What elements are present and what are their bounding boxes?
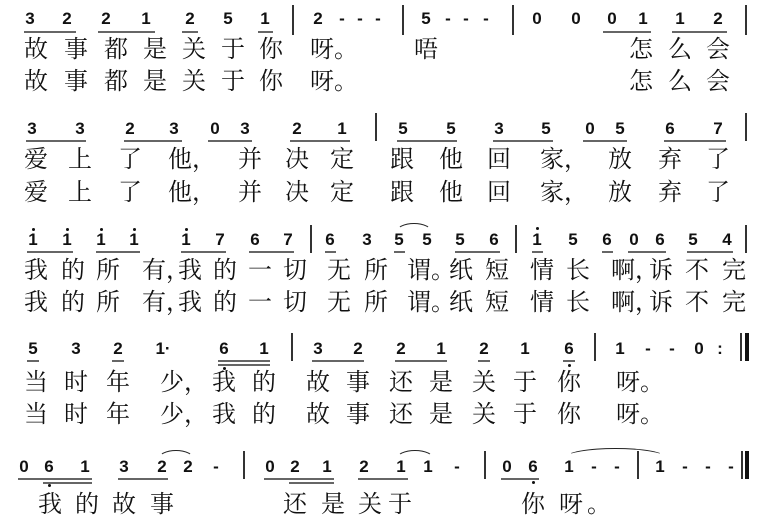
- underline: [395, 360, 447, 362]
- underline: [249, 251, 294, 253]
- lyric: 所: [364, 256, 388, 284]
- lyric: 家，: [540, 145, 588, 173]
- dash: -: [476, 9, 496, 29]
- underline: [181, 251, 226, 253]
- note: 1: [670, 9, 690, 29]
- lyric: 完: [722, 288, 746, 316]
- lyric: 故: [24, 35, 48, 63]
- note: 0: [624, 230, 644, 250]
- note: 3: [489, 119, 509, 139]
- lyric: 短: [485, 288, 509, 316]
- lyric: 的: [61, 256, 85, 284]
- lyric: 当: [24, 368, 48, 396]
- note: 1: [23, 230, 43, 250]
- lyric: 会: [706, 67, 730, 95]
- lyric: 当: [24, 400, 48, 428]
- dash: -: [350, 9, 370, 29]
- lyric: 关: [472, 400, 496, 428]
- underline: [26, 140, 86, 142]
- underline: [208, 140, 252, 142]
- underline: [27, 251, 73, 253]
- bar-line: [243, 451, 245, 479]
- note: 6: [214, 339, 234, 359]
- note: 1: [515, 339, 535, 359]
- dash: -: [368, 9, 388, 29]
- tie-slur: [566, 448, 665, 457]
- note: 5: [416, 9, 436, 29]
- underline: [672, 31, 727, 33]
- note: 0: [689, 339, 709, 359]
- note: 4: [717, 230, 737, 250]
- repeat-sign: :: [710, 339, 730, 359]
- bar-line: [741, 451, 743, 479]
- underline: [218, 360, 270, 362]
- underline: [182, 31, 198, 33]
- note: 1: [431, 339, 451, 359]
- note: 2: [120, 119, 140, 139]
- note: 2: [287, 119, 307, 139]
- lyric: 于: [513, 400, 537, 428]
- note: 6: [597, 230, 617, 250]
- bar-line: [402, 5, 404, 35]
- note: 1: [255, 9, 275, 29]
- lyric: 纸: [449, 288, 473, 316]
- lyric: 放: [608, 145, 632, 173]
- underline-double: [289, 482, 334, 484]
- lyric: 故: [24, 67, 48, 95]
- dash: -: [638, 339, 658, 359]
- bar-line: [484, 451, 486, 479]
- lyric: 他: [439, 145, 463, 173]
- lyric: 我: [178, 288, 202, 316]
- lyric: 长: [566, 256, 590, 284]
- note: 5: [23, 339, 43, 359]
- lyric: 时: [64, 368, 88, 396]
- lyric: 你: [521, 490, 545, 518]
- underline: [628, 251, 666, 253]
- note: 2: [285, 457, 305, 477]
- lyric: 诉: [649, 256, 673, 284]
- dash: -: [607, 457, 627, 477]
- lyric: 跟: [390, 145, 414, 173]
- note: 2: [152, 457, 172, 477]
- note: 6: [523, 457, 543, 477]
- note: 5: [393, 119, 413, 139]
- lyric: 定: [330, 145, 354, 173]
- underline: [118, 478, 168, 480]
- underline: [290, 140, 350, 142]
- note: 0: [602, 9, 622, 29]
- lyric: 呀。: [616, 400, 664, 428]
- underline: [664, 140, 726, 142]
- underline: [455, 251, 500, 253]
- tie-slur: [396, 450, 434, 459]
- lyric: 故: [306, 368, 330, 396]
- note: 2: [474, 339, 494, 359]
- bar-line: [512, 5, 514, 35]
- lyric: 事: [346, 400, 370, 428]
- lyric: 。: [587, 490, 611, 518]
- underline: [27, 360, 39, 362]
- dash: -: [721, 457, 741, 477]
- lyric: 呀。: [310, 35, 358, 63]
- note: 3: [22, 119, 42, 139]
- underline: [493, 140, 553, 142]
- lyric: 我: [38, 490, 62, 518]
- note: 1: [124, 230, 144, 250]
- note: 6: [320, 230, 340, 250]
- lyric: 定: [330, 178, 354, 206]
- note: 5: [450, 230, 470, 250]
- bar-line: [745, 113, 747, 141]
- bar-line: [375, 113, 377, 141]
- note: 1: [332, 119, 352, 139]
- lyric: 时: [64, 400, 88, 428]
- underline: [124, 140, 182, 142]
- jianpu-sheet-music: 3 2 2 1 2 5 1 2 - - - 5 - - - 0 0 0 1 1 …: [0, 0, 776, 532]
- note: 3: [357, 230, 377, 250]
- lyric: 的: [75, 490, 99, 518]
- underline: [478, 360, 490, 362]
- lyric: 事: [64, 35, 88, 63]
- high-octave-dot: [536, 227, 539, 230]
- note: 7: [278, 230, 298, 250]
- lyric: 你: [259, 67, 283, 95]
- lyric: 关: [182, 67, 206, 95]
- lyric: 他，: [168, 178, 216, 206]
- underline: [24, 31, 76, 33]
- repeat-end-barline: [745, 333, 749, 361]
- note: 2: [180, 9, 200, 29]
- lyric: 弃: [658, 145, 682, 173]
- lyric: 怎: [629, 35, 653, 63]
- lyric: 少，: [160, 368, 208, 396]
- note: 1: [176, 230, 196, 250]
- lyric: 的: [252, 368, 276, 396]
- note: 5: [610, 119, 630, 139]
- lyric: 所: [364, 288, 388, 316]
- underline: [358, 478, 408, 480]
- lyric: 是: [321, 490, 345, 518]
- note: 1: [75, 457, 95, 477]
- lyric: 呀。: [310, 67, 358, 95]
- lyric: 一: [248, 256, 272, 284]
- bar-line: [291, 333, 293, 361]
- lyric: 的: [213, 256, 237, 284]
- lyric: 并: [238, 145, 262, 173]
- lyric: 诉: [649, 288, 673, 316]
- lyric: 是: [429, 368, 453, 396]
- lyric: 还: [389, 368, 413, 396]
- lyric: 于: [388, 490, 412, 518]
- lyric: 我: [212, 368, 236, 396]
- lyric: 会: [706, 35, 730, 63]
- underline-double: [218, 364, 270, 366]
- note: 1: [91, 230, 111, 250]
- lyric: 上: [68, 145, 92, 173]
- bar-line: [745, 225, 747, 253]
- lyric: 的: [61, 288, 85, 316]
- note: 1: [57, 230, 77, 250]
- note: 3: [308, 339, 328, 359]
- lyric: 切: [283, 288, 307, 316]
- lyric: 么: [668, 35, 692, 63]
- lyric: 都: [104, 35, 128, 63]
- note: 2: [178, 457, 198, 477]
- lyric: 短: [485, 256, 509, 284]
- lyric: 你: [557, 368, 581, 396]
- lyric: 谓。: [407, 256, 455, 284]
- note: 5: [218, 9, 238, 29]
- lyric: 年: [106, 368, 130, 396]
- note: 7: [708, 119, 728, 139]
- lyric: 关: [358, 490, 382, 518]
- dash: -: [698, 457, 718, 477]
- dash: -: [662, 339, 682, 359]
- underline: [394, 251, 405, 253]
- note: 2: [348, 339, 368, 359]
- lyric: 我: [24, 288, 48, 316]
- lyric: 你: [259, 35, 283, 63]
- low-octave-dot: [568, 364, 571, 367]
- lyric: 是: [429, 400, 453, 428]
- underline: [112, 360, 124, 362]
- lyric: 我: [24, 256, 48, 284]
- lyric: 你: [557, 400, 581, 428]
- high-octave-dot: [66, 228, 69, 231]
- lyric: 完: [722, 256, 746, 284]
- bar-line: [292, 5, 294, 35]
- underline: [325, 251, 336, 253]
- note-dotted: 1·: [153, 339, 173, 359]
- low-octave-dot: [532, 481, 535, 484]
- note: 6: [484, 230, 504, 250]
- lyric: 呀。: [616, 368, 664, 396]
- lyric: 不: [685, 288, 709, 316]
- tie-slur: [396, 223, 432, 232]
- lyric: 了: [706, 178, 730, 206]
- bar-line: [637, 451, 639, 479]
- bar-line: [310, 225, 312, 253]
- bar-line: [740, 333, 742, 361]
- tie-slur: [158, 450, 194, 459]
- lyric: 还: [389, 400, 413, 428]
- lyric: 所: [96, 288, 120, 316]
- note: 6: [39, 457, 59, 477]
- note: 6: [559, 339, 579, 359]
- lyric: 么: [668, 67, 692, 95]
- note: 1: [317, 457, 337, 477]
- note: 7: [210, 230, 230, 250]
- dash: -: [675, 457, 695, 477]
- lyric: 回: [487, 145, 511, 173]
- note: 3: [20, 9, 40, 29]
- lyric: 一: [248, 288, 272, 316]
- high-octave-dot: [133, 228, 136, 231]
- lyric: 的: [213, 288, 237, 316]
- note: 6: [660, 119, 680, 139]
- lyric: 我: [212, 400, 236, 428]
- note: 0: [580, 119, 600, 139]
- lyric: 切: [283, 256, 307, 284]
- note: 0: [14, 457, 34, 477]
- underline: [98, 31, 155, 33]
- note: 5: [683, 230, 703, 250]
- note: 2: [308, 9, 328, 29]
- lyric: 决: [285, 145, 309, 173]
- underline: [532, 251, 543, 253]
- note: 1: [254, 339, 274, 359]
- lyric: 无: [327, 256, 351, 284]
- low-octave-dot: [48, 484, 51, 487]
- note: 2: [391, 339, 411, 359]
- lyric: 故: [112, 490, 136, 518]
- lyric: 于: [221, 35, 245, 63]
- final-barline: [745, 451, 749, 479]
- underline: [687, 251, 733, 253]
- underline: [258, 31, 273, 33]
- lyric: 的: [252, 400, 276, 428]
- lyric: 我: [178, 256, 202, 284]
- note: 2: [708, 9, 728, 29]
- note: 5: [389, 230, 409, 250]
- lyric: 事: [64, 67, 88, 95]
- underline: [603, 31, 651, 33]
- lyric: 回: [487, 178, 511, 206]
- lyric: 所: [96, 256, 120, 284]
- dash: -: [332, 9, 352, 29]
- note: 1: [527, 230, 547, 250]
- note: 2: [354, 457, 374, 477]
- lyric: 都: [104, 67, 128, 95]
- note: 6: [650, 230, 670, 250]
- bar-line: [515, 225, 517, 253]
- note: 2: [57, 9, 77, 29]
- underline: [312, 360, 364, 362]
- dash: -: [438, 9, 458, 29]
- underline: [583, 140, 627, 142]
- note: 1: [610, 339, 630, 359]
- dash: -: [447, 457, 467, 477]
- lyric: 上: [68, 178, 92, 206]
- note: 3: [114, 457, 134, 477]
- lyric: 他: [439, 178, 463, 206]
- lyric: 情: [530, 256, 554, 284]
- lyric: 谓。: [407, 288, 455, 316]
- lyric: 还: [283, 490, 307, 518]
- note: 3: [164, 119, 184, 139]
- lyric: 事: [150, 490, 174, 518]
- note: 1: [418, 457, 438, 477]
- lyric: 并: [238, 178, 262, 206]
- dash: -: [456, 9, 476, 29]
- note: 3: [66, 339, 86, 359]
- lyric: 爱: [24, 178, 48, 206]
- lyric: 于: [221, 67, 245, 95]
- lyric: 故: [306, 400, 330, 428]
- lyric: 长: [566, 288, 590, 316]
- lyric: 家，: [540, 178, 588, 206]
- note: 5: [536, 119, 556, 139]
- note: 3: [235, 119, 255, 139]
- note: 0: [497, 457, 517, 477]
- lyric: 怎: [629, 67, 653, 95]
- underline: [501, 478, 539, 480]
- bar-line: [594, 333, 596, 361]
- underline: [397, 140, 457, 142]
- lyric: 放: [608, 178, 632, 206]
- lyric: 年: [106, 400, 130, 428]
- note: 2: [108, 339, 128, 359]
- lyric: 纸: [449, 256, 473, 284]
- lyric: 于: [513, 368, 537, 396]
- underline: [96, 251, 140, 253]
- note: 1: [136, 9, 156, 29]
- note: 5: [441, 119, 461, 139]
- lyric: 关: [182, 35, 206, 63]
- lyric: 决: [285, 178, 309, 206]
- note: 0: [527, 9, 547, 29]
- lyric: 少，: [160, 400, 208, 428]
- lyric: 关: [472, 368, 496, 396]
- dash: -: [206, 457, 226, 477]
- note: 1: [391, 457, 411, 477]
- underline: [18, 478, 92, 480]
- note: 1: [650, 457, 670, 477]
- note: 0: [566, 9, 586, 29]
- underline: [264, 478, 334, 480]
- note: 3: [70, 119, 90, 139]
- note: 1: [633, 9, 653, 29]
- note: 0: [205, 119, 225, 139]
- underline: [602, 251, 613, 253]
- lyric: 弃: [658, 178, 682, 206]
- lyric: 事: [346, 368, 370, 396]
- note: 6: [245, 230, 265, 250]
- note: 2: [96, 9, 116, 29]
- high-octave-dot: [32, 228, 35, 231]
- high-octave-dot: [100, 228, 103, 231]
- lyric: 唔: [414, 35, 438, 63]
- lyric: 爱: [24, 145, 48, 173]
- lyric: 跟: [390, 178, 414, 206]
- lyric: 呀: [559, 490, 583, 518]
- lyric: 情: [530, 288, 554, 316]
- lyric: 无: [327, 288, 351, 316]
- lyric: 是: [143, 35, 167, 63]
- lyric: 了: [706, 145, 730, 173]
- note: 0: [260, 457, 280, 477]
- lyric: 了: [118, 178, 142, 206]
- lyric: 是: [143, 67, 167, 95]
- note: 5: [563, 230, 583, 250]
- note: 1: [559, 457, 579, 477]
- dash: -: [584, 457, 604, 477]
- lyric: 了: [118, 145, 142, 173]
- bar-line: [745, 5, 747, 35]
- note: 5: [417, 230, 437, 250]
- lyric: 不: [685, 256, 709, 284]
- underline: [563, 360, 575, 362]
- lyric: 他，: [168, 145, 216, 173]
- high-octave-dot: [185, 228, 188, 231]
